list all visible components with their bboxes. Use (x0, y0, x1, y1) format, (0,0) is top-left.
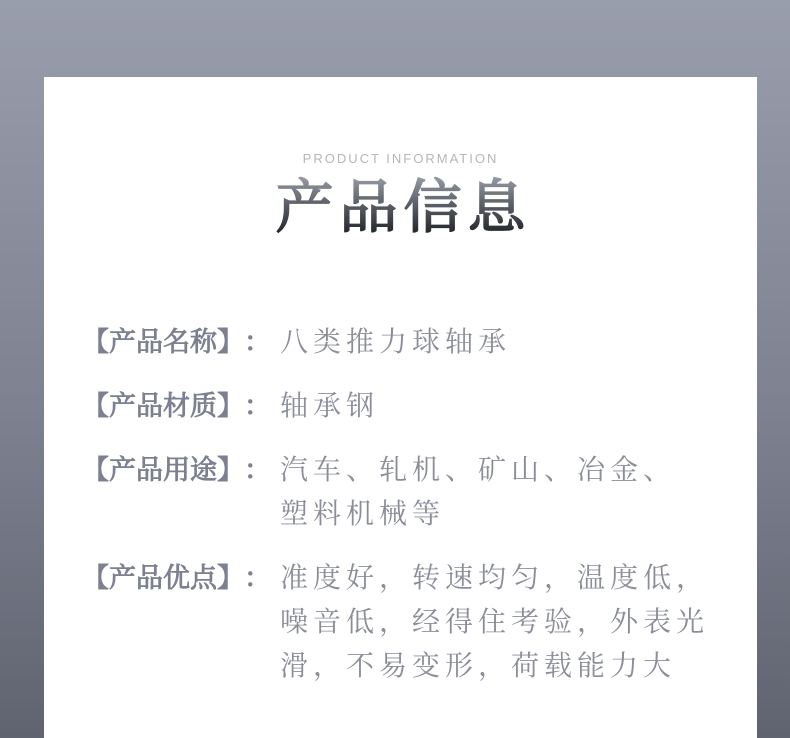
attribute-value: 汽车、轧机、矿山、冶金、 塑料机械等 (280, 448, 676, 536)
attribute-value: 八类推力球轴承 (280, 320, 511, 364)
attribute-value: 准度好，转速均匀，温度低， 噪音低，经得住考验，外表光 滑，不易变形，荷载能力大 (280, 556, 709, 688)
attribute-colon: ： (244, 320, 271, 364)
section-eyebrow: PRODUCT INFORMATION (44, 150, 757, 168)
value-line: 八类推力球轴承 (280, 320, 511, 364)
product-attribute-list: 【产品名称】 ： 八类推力球轴承 【产品材质】 ： 轴承钢 【产品用途】 ： 汽… (82, 320, 729, 688)
attribute-label: 【产品名称】 (82, 320, 244, 364)
attribute-label: 【产品用途】 (82, 448, 244, 492)
attribute-label: 【产品优点】 (82, 556, 244, 600)
value-line: 汽车、轧机、矿山、冶金、 (280, 448, 676, 492)
attribute-colon: ： (244, 556, 271, 600)
attribute-row-product-name: 【产品名称】 ： 八类推力球轴承 (82, 320, 729, 364)
section-title: 产品信息 (44, 174, 757, 242)
attribute-label: 【产品材质】 (82, 384, 244, 428)
value-line: 噪音低，经得住考验，外表光 (280, 600, 709, 644)
product-info-card: PRODUCT INFORMATION 产品信息 【产品名称】 ： 八类推力球轴… (44, 77, 757, 738)
attribute-colon: ： (244, 384, 271, 428)
attribute-colon: ： (244, 448, 271, 492)
value-line: 滑，不易变形，荷载能力大 (280, 644, 709, 688)
value-line: 塑料机械等 (280, 492, 676, 536)
attribute-value: 轴承钢 (280, 384, 379, 428)
attribute-row-product-material: 【产品材质】 ： 轴承钢 (82, 384, 729, 428)
value-line: 准度好，转速均匀，温度低， (280, 556, 709, 600)
attribute-row-product-advantages: 【产品优点】 ： 准度好，转速均匀，温度低， 噪音低，经得住考验，外表光 滑，不… (82, 556, 729, 688)
attribute-row-product-use: 【产品用途】 ： 汽车、轧机、矿山、冶金、 塑料机械等 (82, 448, 729, 536)
page-background: PRODUCT INFORMATION 产品信息 【产品名称】 ： 八类推力球轴… (0, 0, 790, 738)
value-line: 轴承钢 (280, 384, 379, 428)
